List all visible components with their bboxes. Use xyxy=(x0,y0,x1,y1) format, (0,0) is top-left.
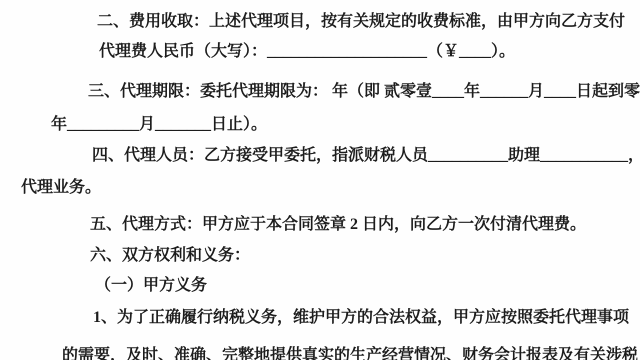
document-line-fee-collection: 二、费用收取：上述代理项目，按有关规定的收费标准，由甲方向乙方支付 xyxy=(97,13,625,31)
document-line-agency-term: 三、代理期限：委托代理期限为： 年（即 贰零壹____年______月____日… xyxy=(88,83,640,101)
document-line-clause-1: 1、为了正确履行纳税义务，维护甲方的合法权益，甲方应按照委托代理事项 xyxy=(93,309,629,327)
contract-document-page: 二、费用收取：上述代理项目，按有关规定的收费标准，由甲方向乙方支付 代理费人民币… xyxy=(0,0,640,360)
document-line-agency-business: 代理业务。 xyxy=(21,179,101,197)
document-line-clause-1-cont: 的需要，及时、准确、完整地提供真实的生产经营情况、财务会计报表及有关涉税 xyxy=(62,347,638,360)
document-line-rights-obligations: 六、双方权利和义务： xyxy=(90,247,250,265)
document-line-agency-term-end: 年_________月_______日止）。 xyxy=(51,116,267,134)
document-line-fee-amount-blank: 代理费人民币（大写）：____________________（￥____）。 xyxy=(99,43,515,61)
document-line-party-a-obligations: （一）甲方义务 xyxy=(95,277,207,295)
document-line-agency-method: 五、代理方式：甲方应于本合同签章 2 日内，向乙方一次付清代理费。 xyxy=(90,216,586,234)
document-line-agency-personnel: 四、代理人员：乙方接受甲委托，指派财税人员__________助理_______… xyxy=(92,147,640,165)
